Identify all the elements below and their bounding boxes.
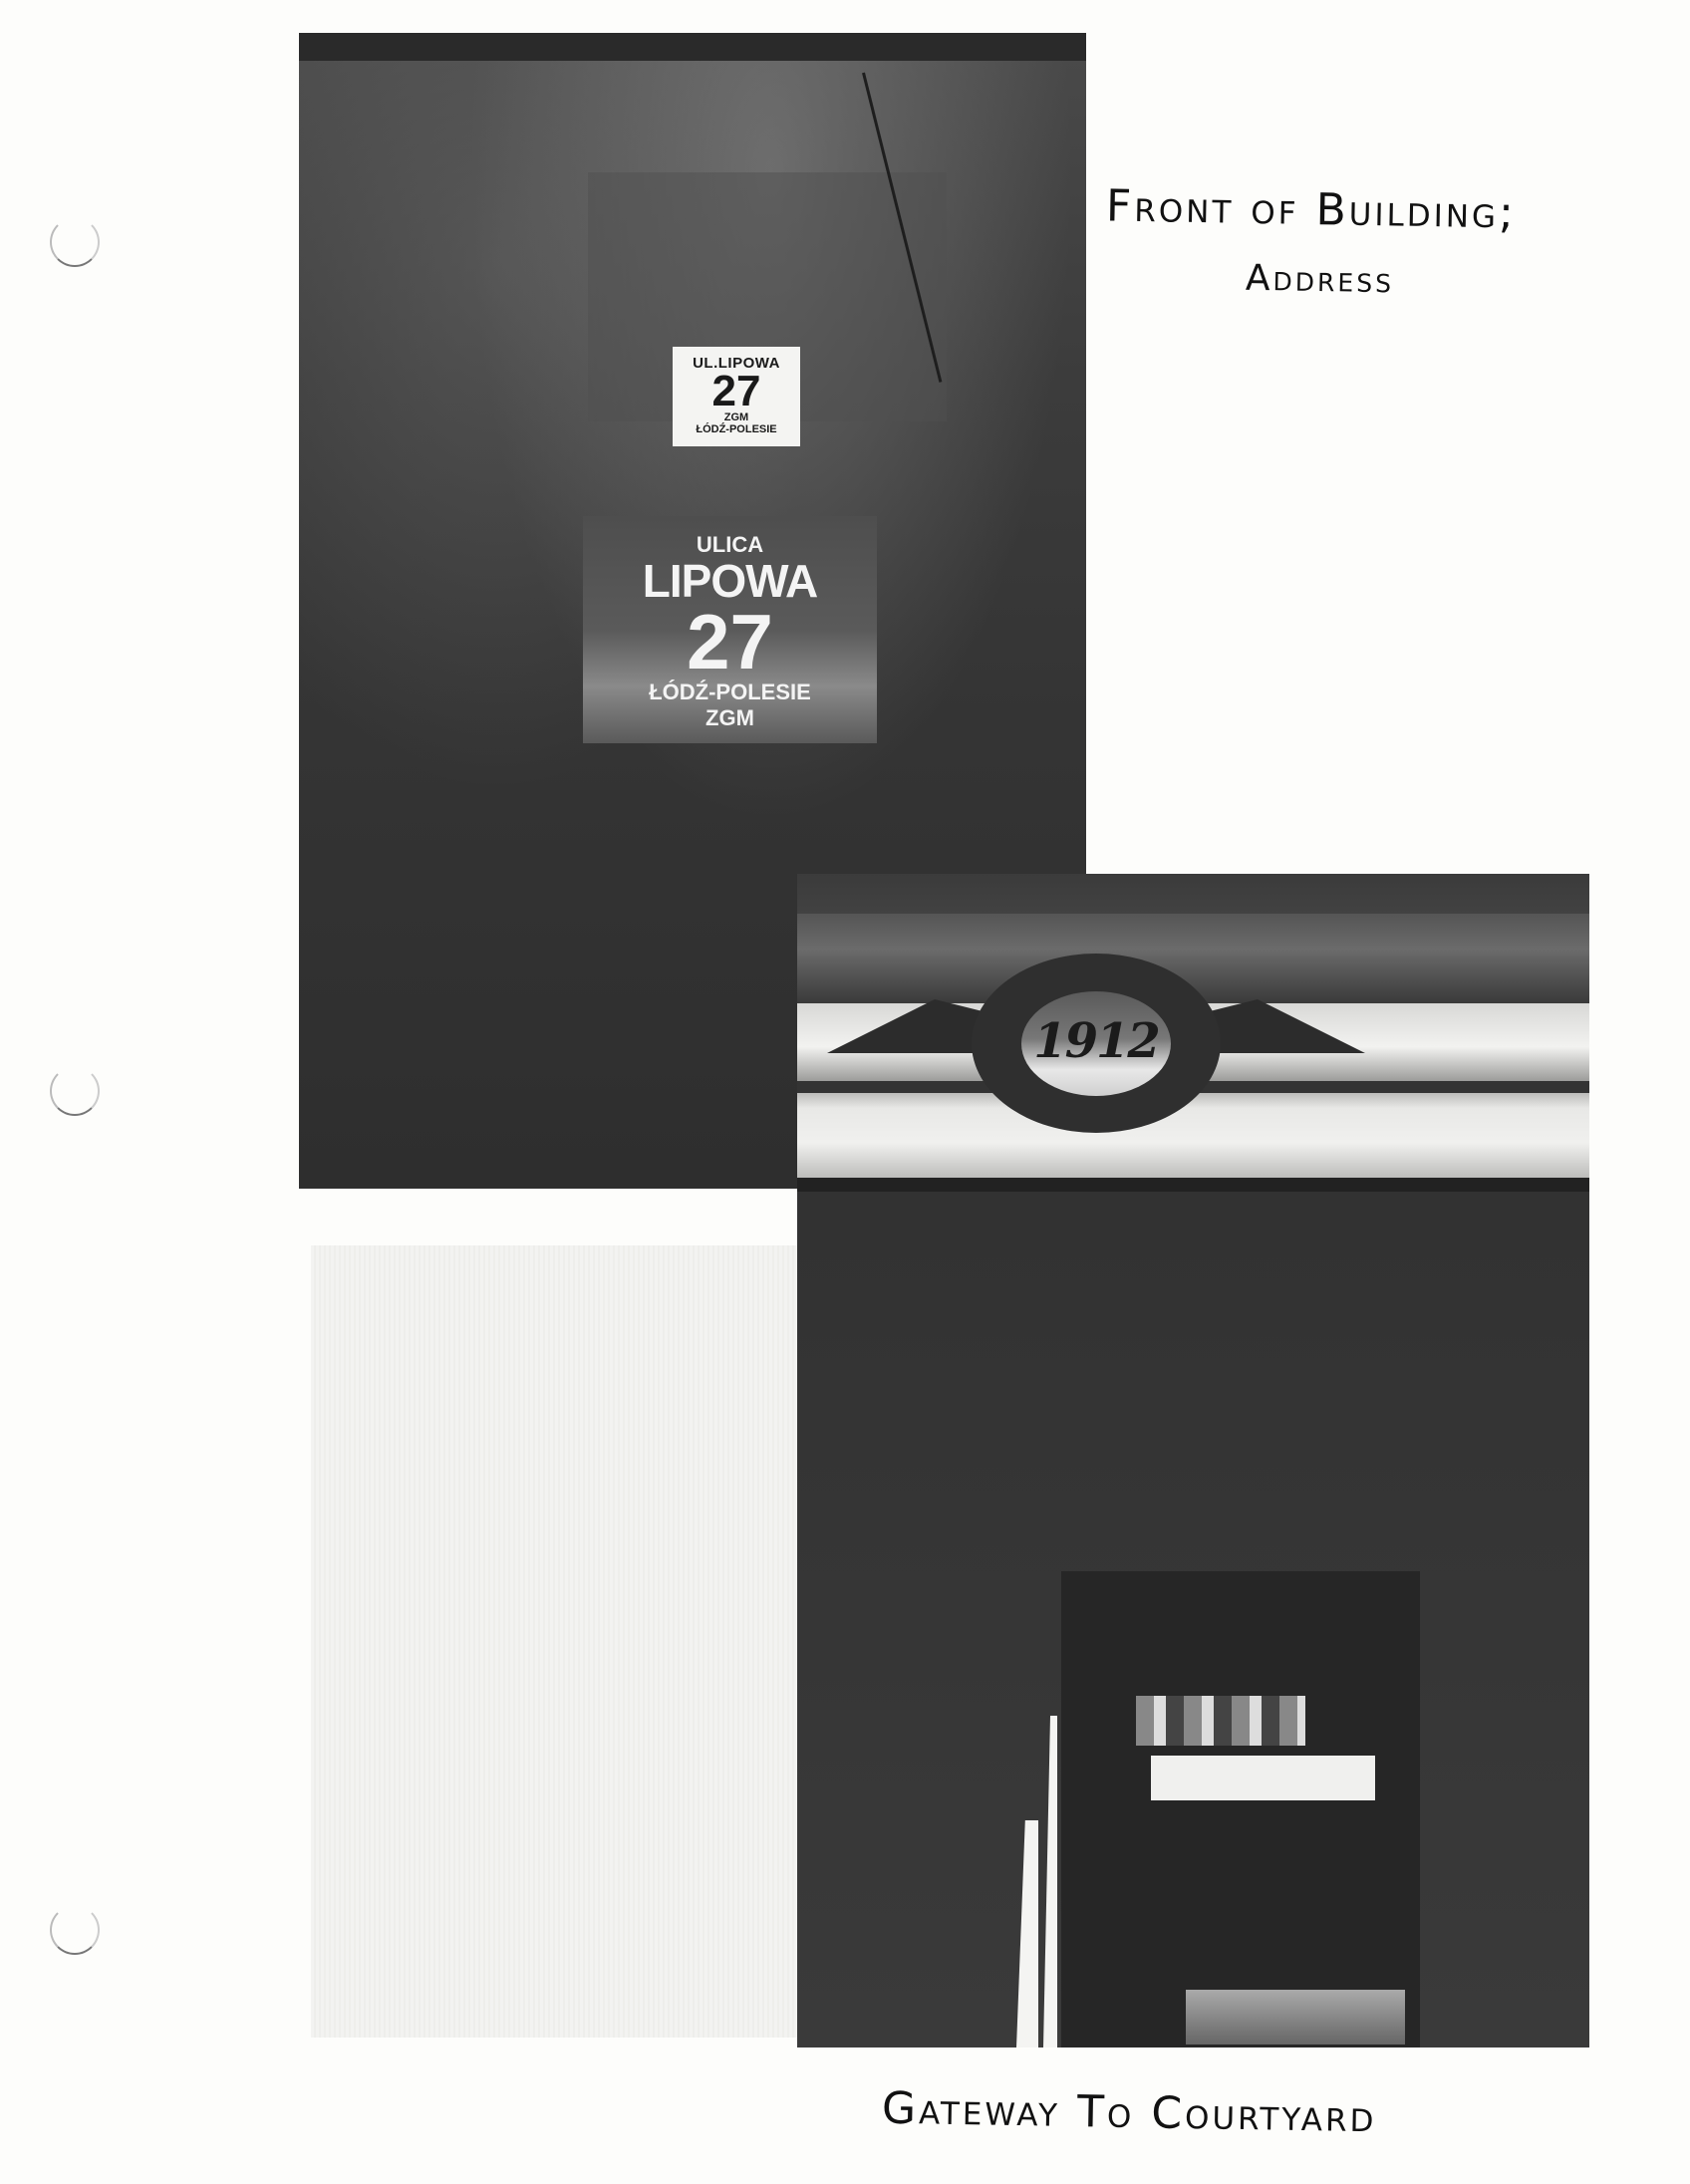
cartouche-year: 1912: [1021, 1013, 1171, 1069]
caption-front-of-building: Front of Building;: [1106, 180, 1518, 238]
shrine-pictures: [1136, 1696, 1305, 1746]
sign-small-line3: ZGM: [673, 411, 800, 423]
binder-hole: [50, 1066, 100, 1116]
faded-photo-remnant: [311, 1245, 809, 2038]
courtyard-floor: [1186, 1990, 1405, 2045]
sign-small-line4: ŁÓDŹ-POLESIE: [673, 423, 800, 435]
address-sign-large: ULICA LIPOWA 27 ŁÓDŹ-POLESIE ZGM: [583, 516, 877, 743]
sign-large-line5: ZGM: [583, 705, 877, 731]
caption-address: Address: [1246, 258, 1395, 302]
date-cartouche: 1912: [972, 954, 1221, 1133]
binder-hole: [50, 1905, 100, 1955]
light-strip: [1043, 1716, 1057, 2047]
sign-small-number: 27: [673, 372, 800, 411]
binder-hole: [50, 217, 100, 267]
shrine-altar: [1151, 1756, 1375, 1800]
sign-large-number: 27: [583, 604, 877, 680]
inner-doorway: [1061, 1571, 1420, 2047]
cartouche-inner: 1912: [1021, 991, 1171, 1096]
photo-top-shadow: [299, 33, 1086, 61]
sign-large-district: ŁÓDŹ-POLESIE: [583, 680, 877, 705]
caption-gateway: Gateway To Courtyard: [882, 2083, 1377, 2143]
photo-gateway-to-courtyard: 1912: [797, 874, 1589, 2047]
light-strip: [1016, 1820, 1038, 2047]
lintel-shadow: [797, 1178, 1589, 1192]
address-sign-small: UL.LIPOWA 27 ZGM ŁÓDŹ-POLESIE: [673, 347, 800, 446]
